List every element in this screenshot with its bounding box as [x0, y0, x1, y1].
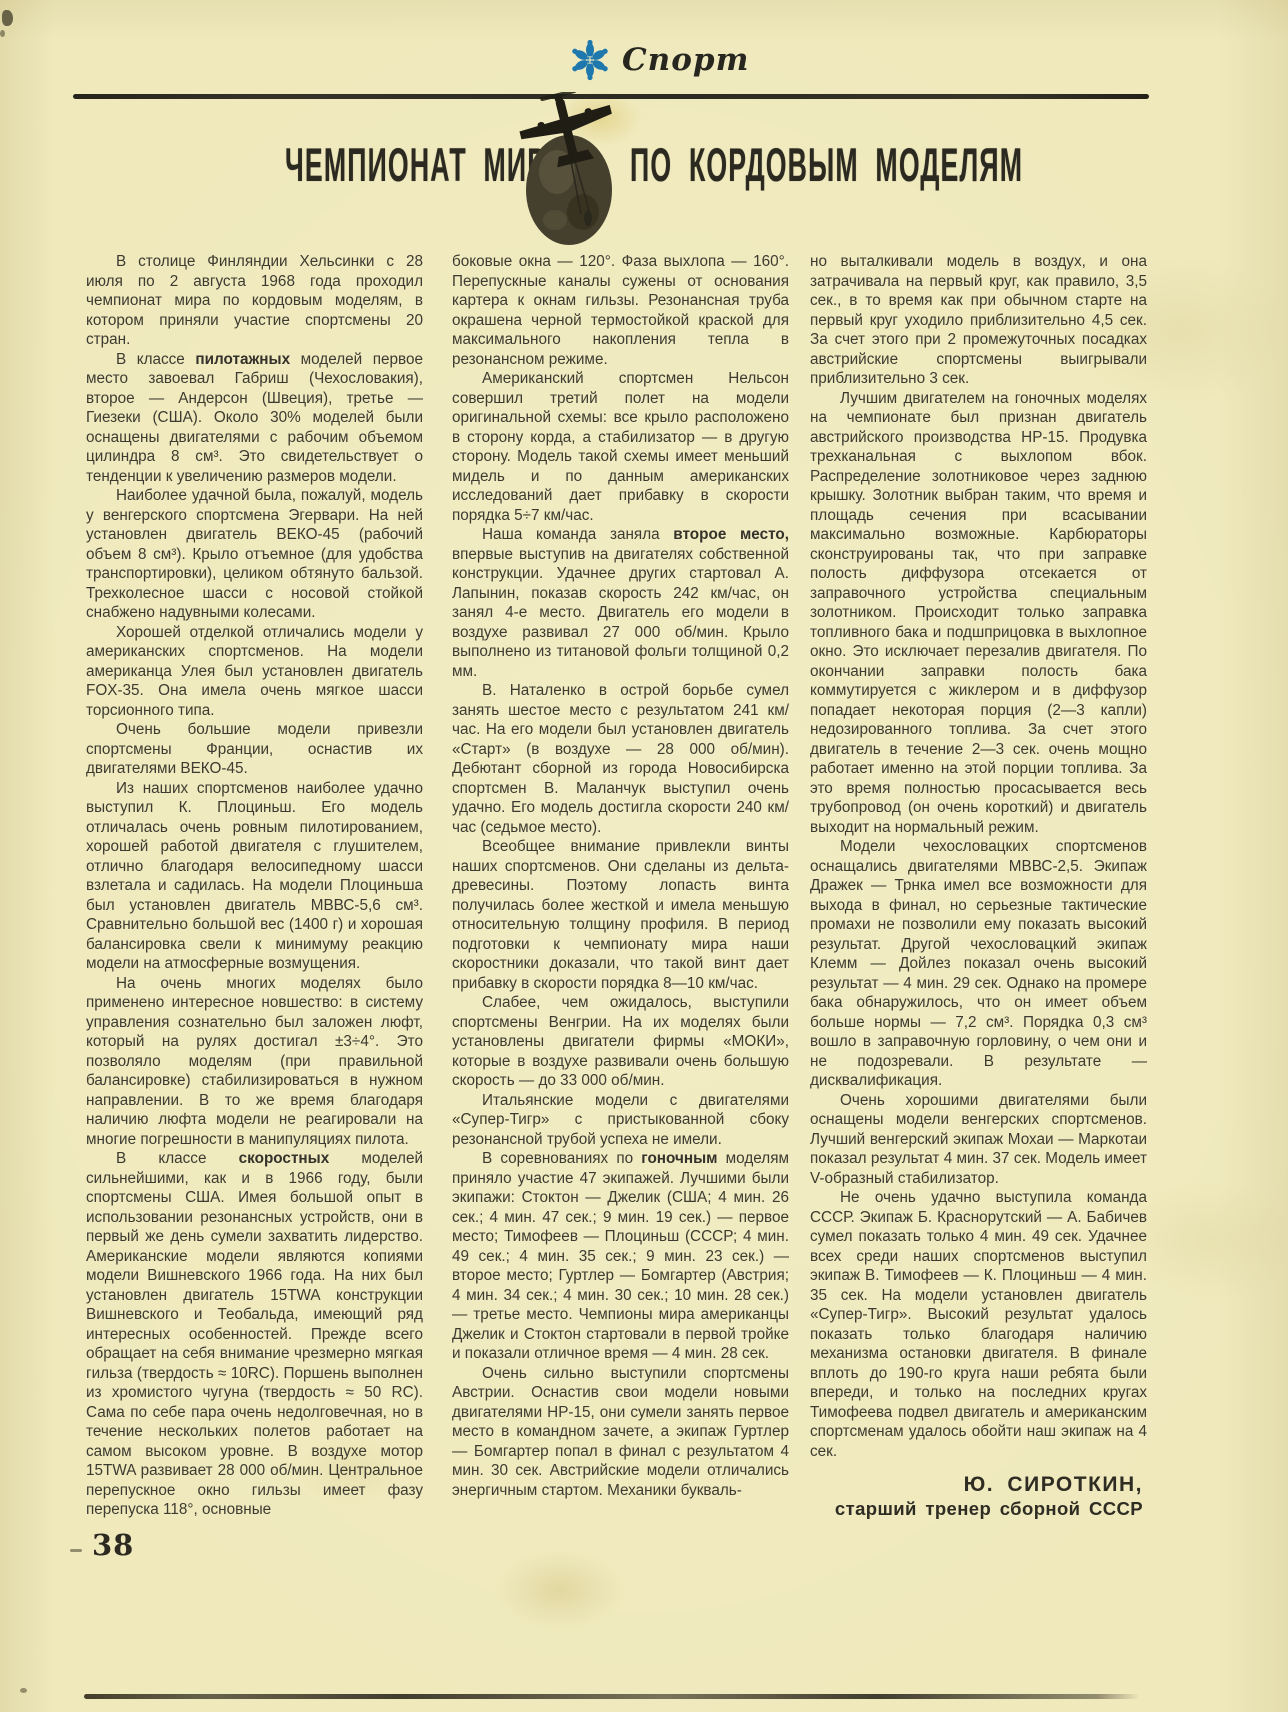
scan-speck: [2, 10, 13, 26]
paragraph: В соревнованиях по гоночным моделям прин…: [452, 1149, 789, 1364]
margin-mark: [70, 1549, 82, 1552]
paragraph: Слабее, чем ожидалось, выступили спортсм…: [452, 993, 789, 1091]
flower-asterisk-icon: [570, 38, 610, 82]
author-name: Ю. СИРОТКИН,: [810, 1475, 1143, 1495]
paragraph: Лучшим двигателем на гоночных моделях на…: [810, 389, 1147, 838]
page-bottom-edge: [84, 1694, 1140, 1699]
paragraph: Всеобщее внимание привлекли винты наших …: [452, 837, 789, 993]
airplane-over-globe-icon: [497, 92, 637, 250]
paragraph: Очень большие модели привезли спортсмены…: [86, 720, 423, 779]
paragraph: Модели чехословацких спортсменов оснащал…: [810, 837, 1147, 1091]
bold-keyword: гоночным: [641, 1150, 717, 1167]
page-number: 38: [92, 1528, 134, 1562]
author-signature: Ю. СИРОТКИН,старший тренер сборной СССР: [810, 1475, 1147, 1518]
section-header: Спорт: [570, 38, 749, 82]
text-column-2: боковые окна — 120°. Фаза выхлопа — 160°…: [452, 252, 789, 1500]
paragraph: Очень хорошими двигателями были оснащены…: [810, 1091, 1147, 1189]
paragraph: В классе пилотажных моделей первое место…: [86, 350, 423, 487]
author-role: старший тренер сборной СССР: [810, 1499, 1143, 1519]
paragraph: Американский спортсмен Нельсон совершил …: [452, 369, 789, 525]
paragraph: Очень сильно выступили спортсмены Австри…: [452, 1364, 789, 1501]
paragraph: На очень многих моделях было применено и…: [86, 974, 423, 1150]
paragraph: боковые окна — 120°. Фаза выхлопа — 160°…: [452, 252, 789, 369]
bold-keyword: второе место,: [673, 526, 789, 543]
paragraph: Из наших спортсменов наиболее удачно выс…: [86, 779, 423, 974]
paragraph: Наиболее удачной была, пожалуй, модель у…: [86, 486, 423, 623]
paragraph: В. Наталенко в острой борьбе сумел занят…: [452, 681, 789, 837]
paragraph: Не очень удачно выступила команда СССР. …: [810, 1188, 1147, 1461]
magazine-page: Спорт ЧЕМПИОНАТ МИРА ПО КОРДОВЫМ МОДЕЛЯМ…: [0, 0, 1288, 1712]
article-title-right: ПО КОРДОВЫМ МОДЕЛЯМ: [630, 141, 1023, 188]
text-column-1: В столице Финляндии Хельсинки с 28 июля …: [86, 252, 423, 1520]
scan-speck: [20, 1688, 27, 1693]
paragraph: Наша команда заняла второе место, впервы…: [452, 525, 789, 681]
paragraph: Хорошей отделкой отличались модели у аме…: [86, 623, 423, 721]
paragraph: В столице Финляндии Хельсинки с 28 июля …: [86, 252, 423, 350]
section-title: Спорт: [622, 42, 749, 78]
scan-speck: [0, 30, 5, 37]
text-column-3: но выталкивали модель в воздух, и она за…: [810, 252, 1147, 1518]
bold-keyword: скоростных: [239, 1150, 330, 1167]
bold-keyword: пилотажных: [195, 351, 290, 368]
paragraph: но выталкивали модель в воздух, и она за…: [810, 252, 1147, 389]
paragraph: В классе скоростных моделей сильнейшими,…: [86, 1149, 423, 1520]
paragraph: Итальянские модели с двигателями «Супер-…: [452, 1091, 789, 1150]
